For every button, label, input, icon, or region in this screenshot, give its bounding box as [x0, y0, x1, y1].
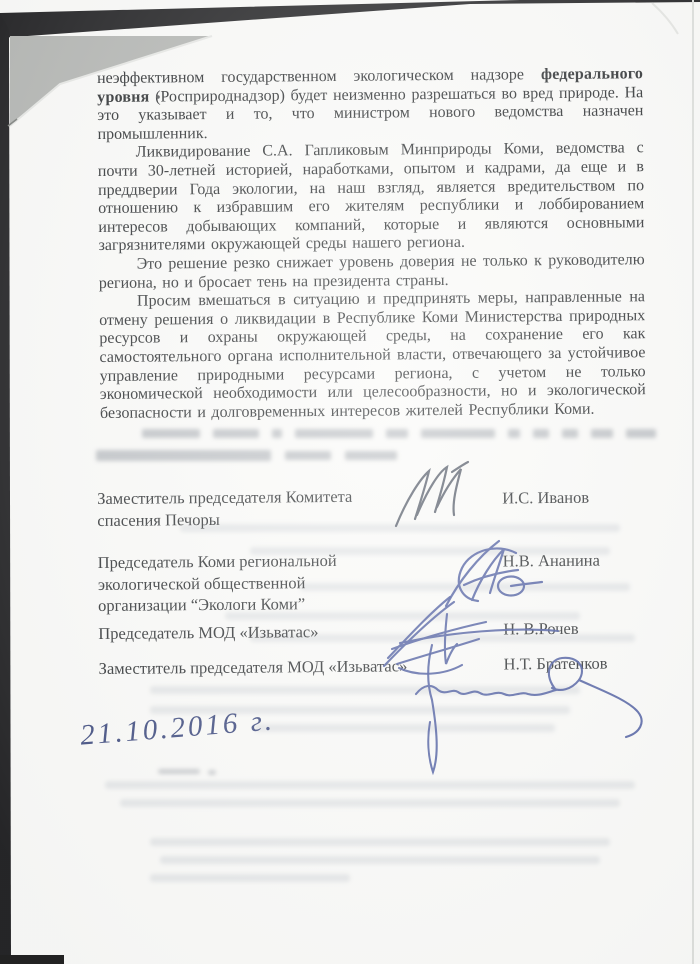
- signatory-name: Н.Т. Братенков: [504, 654, 608, 675]
- signature-block: Заместитель председателя Комитета спасен…: [97, 477, 657, 482]
- letter-body: неэффективном государственном экологичес…: [97, 65, 646, 423]
- paragraph: Ликвидирование С.А. Гапликовым Минприрод…: [98, 140, 645, 256]
- redacted-contact-line: [96, 450, 397, 461]
- bleedthrough-line: [120, 799, 620, 807]
- redacted-contact-line: [142, 429, 656, 438]
- scanner-edge-top: [0, 0, 700, 38]
- bleedthrough-line: [208, 770, 216, 775]
- paragraph-text: (Росприроднадзор) будет неизменно разреш…: [97, 84, 643, 143]
- signatory-title: Председатель МОД «Изьватас»: [98, 620, 438, 644]
- signatory-name: И.С. Иванов: [502, 488, 589, 509]
- scanner-edge-bottom-left: [0, 955, 64, 964]
- signatory-title: Председатель Коми региональной экологиче…: [98, 550, 357, 617]
- bleedthrough-line: [160, 856, 600, 864]
- corner-crease-mark: [652, 3, 678, 34]
- signatory-name: Н. В.Рочев: [503, 619, 578, 640]
- paragraph: Просим вмешаться в ситуацию и предпринят…: [99, 288, 646, 423]
- paragraph: Это решение резко снижает уровень довери…: [99, 251, 645, 293]
- signature-row: Заместитель председателя МОД «Изьватас» …: [99, 653, 659, 658]
- bleedthrough-line: [150, 874, 350, 882]
- signature-row: Заместитель председателя Комитета спасен…: [97, 483, 657, 488]
- bleedthrough-line: [150, 838, 610, 846]
- paragraph: неэффективном государственном экологичес…: [97, 65, 644, 144]
- scanner-edge-left: [0, 13, 11, 964]
- corner-crease-mark: [8, 119, 17, 126]
- bleedthrough-line: [150, 686, 580, 694]
- handwritten-date: 21.10.2016 г.: [79, 704, 276, 752]
- scanned-letter-page: неэффективном государственном экологичес…: [0, 0, 700, 964]
- signatory-title: Заместитель председателя Комитета спасен…: [97, 486, 382, 531]
- bleedthrough-line: [105, 781, 635, 789]
- bleedthrough-line: [255, 724, 555, 732]
- signatory-title: Заместитель председателя МОД «Изьватас»: [99, 655, 499, 680]
- signatory-name: Н.В. Ананина: [503, 551, 600, 572]
- paragraph-text: неэффективном государственном экологичес…: [97, 66, 541, 87]
- bleedthrough-line: [158, 769, 200, 774]
- signature-ivanov-ink: [396, 462, 468, 526]
